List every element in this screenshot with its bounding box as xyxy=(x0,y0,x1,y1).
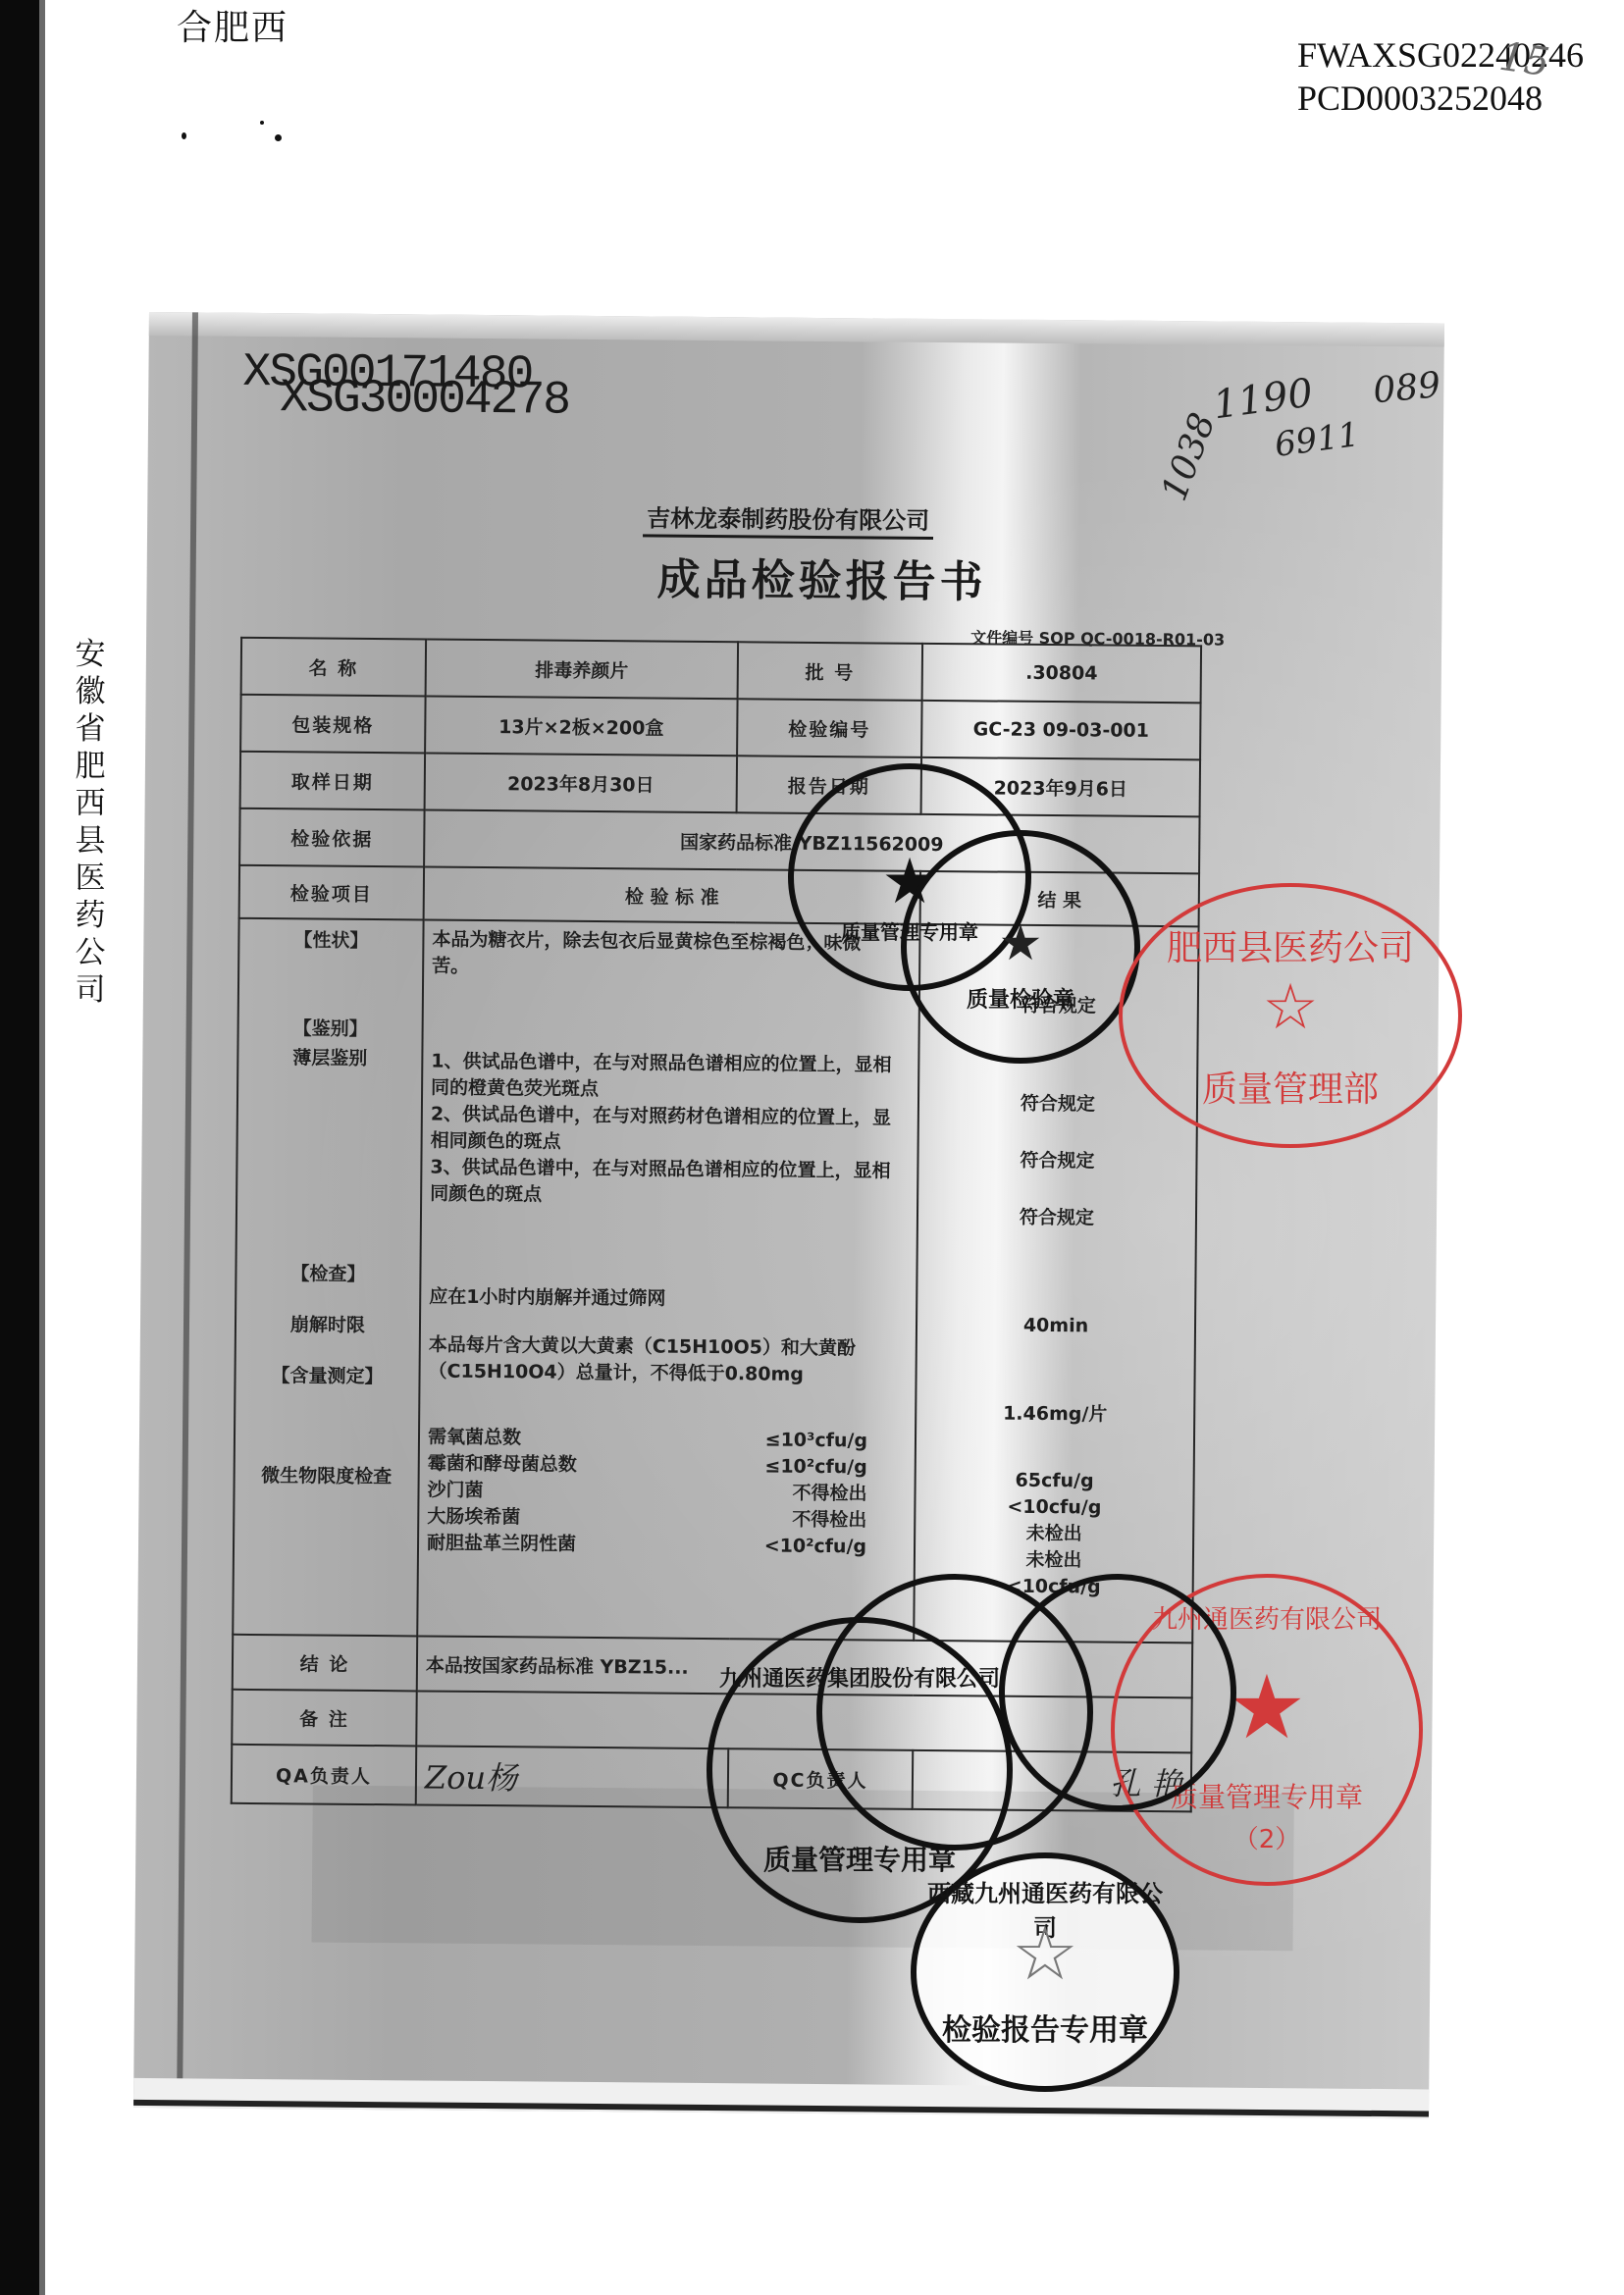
disintegration-text: 应在1小时内崩解并通过筛网 xyxy=(429,1284,908,1315)
spec-label: 包装规格 xyxy=(240,695,425,754)
side-company-char: 医 xyxy=(69,860,112,897)
red-dept-stamp: 肥西县医药公司 ☆ 质量管理部 xyxy=(1119,883,1462,1148)
side-company-name: 安徽省肥西县医药公司 xyxy=(69,636,112,1009)
stamp-text-top: 肥西县医药公司 xyxy=(1123,920,1458,970)
assay-text: 本品每片含大黄以大黄素（C15H10O5）和大黄酚（C15H10O4）总量计，不… xyxy=(428,1332,907,1389)
star-icon: ☆ xyxy=(1262,971,1318,1044)
remarks-label: 备 注 xyxy=(232,1690,416,1747)
star-icon: ★ xyxy=(1228,1656,1307,1759)
micro-standards-list: 需氧菌总数≤10³cfu/g霉菌和酵母菌总数≤10²cfu/g沙门菌不得检出大肠… xyxy=(427,1425,907,1561)
micro-test-limit: ≤10³cfu/g xyxy=(765,1428,868,1455)
handwritten-note-2: 1038 xyxy=(1154,408,1223,506)
micro-test-name: 需氧菌总数 xyxy=(428,1425,521,1452)
items-label: 检验项目 xyxy=(239,865,424,920)
qa-signature: Zou杨 xyxy=(416,1746,729,1807)
tlc-item-3: 3、供试品色谱中，在与对照品色谱相应的位置上，显相同颜色的斑点 xyxy=(430,1155,909,1212)
disintegration-label: 崩解时限 xyxy=(244,1310,411,1340)
test-number-value: GC-23 09-03-001 xyxy=(921,701,1200,759)
manufacturer-inspection-stamp: ★ 质量检验章 xyxy=(901,830,1140,1064)
micro-test-limit: ≤10²cfu/g xyxy=(764,1454,867,1482)
test-number-label: 检验编号 xyxy=(737,699,921,757)
sample-date-label: 取样日期 xyxy=(240,752,425,810)
handwritten-note-3: 6911 xyxy=(1273,415,1362,465)
margin-handwritten-note: 15 xyxy=(1496,34,1552,86)
micro-test-result: <10cfu/g xyxy=(923,1493,1184,1522)
micro-test-name: 霉菌和酵母菌总数 xyxy=(428,1451,577,1479)
tlc-item-1: 1、供试品色谱中，在与对照品色谱相应的位置上，显相同的橙黄色荧光斑点 xyxy=(431,1049,910,1106)
side-company-char: 安 xyxy=(69,636,112,673)
micro-label: 微生物限度检查 xyxy=(243,1461,410,1491)
serial-number-2: XSG30004278 xyxy=(280,372,569,428)
micro-standard-row: 大肠埃希菌不得检出 xyxy=(427,1504,906,1535)
tlc-result-2: 符合规定 xyxy=(926,1145,1187,1176)
qa-label: QA负责人 xyxy=(232,1745,417,1805)
side-company-char: 肥 xyxy=(69,748,112,785)
side-company-char: 司 xyxy=(69,971,112,1009)
tlc-result-3: 符合规定 xyxy=(926,1202,1187,1233)
micro-standard-row: 需氧菌总数≤10³cfu/g xyxy=(428,1425,907,1455)
stamp-text-bottom: 检验报告专用章 xyxy=(917,2006,1174,2049)
scan-top-strip xyxy=(149,312,1444,347)
micro-standard-row: 霉菌和酵母菌总数≤10²cfu/g xyxy=(428,1451,907,1482)
distributor-quality-stamp-3 xyxy=(999,1574,1236,1811)
scanner-edge-shadow xyxy=(39,0,45,2295)
micro-test-limit: 不得检出 xyxy=(792,1481,866,1508)
product-name: 排毒养颜片 xyxy=(426,639,738,699)
basis-label: 检验依据 xyxy=(239,808,424,867)
micro-test-limit: <10²cfu/g xyxy=(764,1534,867,1561)
tlc-label: 薄层鉴别 xyxy=(246,1043,413,1073)
micro-test-result: 65cfu/g xyxy=(924,1467,1185,1495)
batch-label: 批 号 xyxy=(738,642,922,701)
stamp-index: （2） xyxy=(1115,1819,1419,1855)
micro-standard-row: 耐胆盐革兰阴性菌<10²cfu/g xyxy=(427,1531,906,1561)
side-company-char: 徽 xyxy=(69,673,112,710)
name-label: 名 称 xyxy=(241,638,426,697)
inspection-report-stamp: 西藏九州通医药有限公司 ☆ 检验报告专用章 xyxy=(911,1852,1179,2092)
side-company-char: 公 xyxy=(69,934,112,971)
conclusion-label: 结 论 xyxy=(233,1635,417,1692)
micro-test-name: 沙门菌 xyxy=(427,1478,483,1504)
micro-test-name: 耐胆盐革兰阴性菌 xyxy=(427,1531,576,1558)
micro-test-result: 未检出 xyxy=(923,1520,1184,1548)
side-company-char: 县 xyxy=(69,822,112,860)
spec-value: 13片×2板×200盒 xyxy=(425,696,737,756)
micro-standard-row: 沙门菌不得检出 xyxy=(427,1478,906,1508)
assay-label: 【含量测定】 xyxy=(243,1361,410,1391)
micro-test-result: 未检出 xyxy=(923,1546,1184,1575)
side-company-char: 省 xyxy=(69,710,112,748)
side-company-char: 西 xyxy=(69,785,112,822)
handwritten-note-1: 1190 xyxy=(1211,370,1316,428)
inspection-label: 【检查】 xyxy=(244,1259,411,1289)
stamp-text-bottom: 质量管理部 xyxy=(1123,1062,1458,1112)
scan-specks xyxy=(182,113,289,152)
stamp-text: 质量检验章 xyxy=(907,983,1134,1014)
scanner-edge xyxy=(0,0,39,2295)
scan-inner-edge xyxy=(177,312,198,2078)
test-standards-column: 本品为糖衣片，除去包衣后显黄棕色至棕褐色；味微苦。 1、供试品色谱中，在与对照品… xyxy=(417,919,919,1640)
batch-value: .30804 xyxy=(922,644,1201,703)
micro-test-name: 大肠埃希菌 xyxy=(427,1504,520,1532)
handwritten-note-4: 089 xyxy=(1372,365,1442,411)
star-icon: ★ xyxy=(999,914,1043,971)
micro-test-limit: 不得检出 xyxy=(792,1507,866,1535)
test-items-column: 【性状】 【鉴别】 薄层鉴别 【检查】 崩解时限 【含量测定】 微生物限度检查 xyxy=(233,918,423,1637)
header-city-label: 合肥西 xyxy=(177,0,288,50)
tlc-item-2: 2、供试品色谱中，在与对照药材色谱相应的位置上，显相同颜色的斑点 xyxy=(431,1102,910,1159)
side-company-char: 药 xyxy=(69,897,112,934)
disintegration-result: 40min xyxy=(925,1310,1186,1341)
manufacturer-name: 吉林龙泰制药股份有限公司 xyxy=(643,498,933,540)
appearance-label: 【性状】 xyxy=(247,925,414,956)
assay-result: 1.46mg/片 xyxy=(924,1398,1185,1430)
report-title: 成品检验报告书 xyxy=(656,545,987,610)
star-icon: ☆ xyxy=(1012,1909,1078,1997)
sample-date-value: 2023年8月30日 xyxy=(425,753,737,812)
identification-label: 【鉴别】 xyxy=(247,1014,414,1044)
